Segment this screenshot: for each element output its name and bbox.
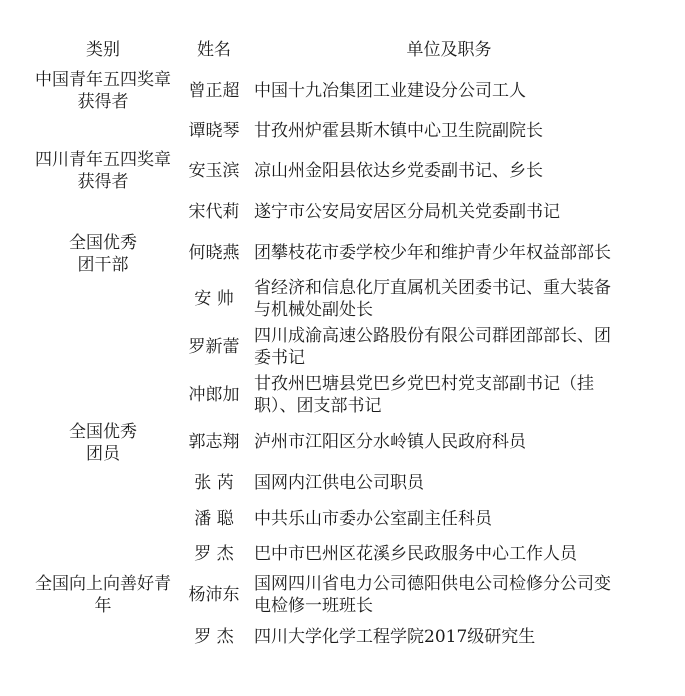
category-label: 四川青年五四奖章 获得者	[18, 149, 188, 193]
position-line: 与机械处副处长	[254, 299, 644, 321]
person-name: 安 帅	[182, 288, 246, 310]
category-line: 全国向上向善好青	[18, 573, 188, 595]
person-name: 张 芮	[182, 472, 246, 494]
category-line: 团干部	[18, 254, 188, 276]
category-line: 获得者	[18, 91, 188, 113]
header-position: 单位及职务	[254, 39, 644, 61]
person-position: 甘孜州巴塘县党巴乡党巴村党支部副书记（挂 职）、团支部书记	[254, 373, 644, 417]
category-label: 全国优秀 团员	[18, 421, 188, 465]
person-name: 谭晓琴	[182, 120, 246, 142]
person-name: 郭志翔	[182, 431, 246, 453]
position-line: 四川成渝高速公路股份有限公司群团部部长、团	[254, 325, 644, 347]
category-line: 中国青年五四奖章	[18, 69, 188, 91]
person-name: 曾正超	[182, 80, 246, 102]
position-line: 委书记	[254, 347, 644, 369]
person-position: 四川成渝高速公路股份有限公司群团部部长、团 委书记	[254, 325, 644, 369]
person-position: 中共乐山市委办公室副主任科员	[254, 508, 644, 530]
header-name: 姓名	[182, 39, 246, 61]
person-position: 遂宁市公安局安居区分局机关党委副书记	[254, 201, 644, 223]
position-line: 省经济和信息化厅直属机关团委书记、重大装备	[254, 277, 644, 299]
category-label: 中国青年五四奖章 获得者	[18, 69, 188, 113]
person-position: 团攀枝花市委学校少年和维护青少年权益部部长	[254, 242, 644, 264]
person-name: 冲郎加	[182, 384, 246, 406]
category-label: 全国优秀 团干部	[18, 232, 188, 276]
person-position: 中国十九冶集团工业建设分公司工人	[254, 80, 644, 102]
category-line: 获得者	[18, 171, 188, 193]
position-line: 国网四川省电力公司德阳供电公司检修分公司变	[254, 573, 644, 595]
position-line: 职）、团支部书记	[254, 395, 644, 417]
category-label: 全国向上向善好青 年	[18, 573, 188, 617]
person-name: 罗 杰	[182, 626, 246, 648]
person-position: 巴中市巴州区花溪乡民政服务中心工作人员	[254, 543, 644, 565]
category-line: 全国优秀	[18, 421, 188, 443]
header-category: 类别	[18, 39, 188, 61]
person-position: 泸州市江阳区分水岭镇人民政府科员	[254, 431, 644, 453]
person-position: 凉山州金阳县依达乡党委副书记、乡长	[254, 160, 644, 182]
category-line: 年	[18, 595, 188, 617]
category-line: 四川青年五四奖章	[18, 149, 188, 171]
person-name: 潘 聪	[182, 508, 246, 530]
person-position: 国网内江供电公司职员	[254, 472, 644, 494]
person-name: 何晓燕	[182, 242, 246, 264]
person-position: 国网四川省电力公司德阳供电公司检修分公司变 电检修一班班长	[254, 573, 644, 617]
person-position: 四川大学化学工程学院2017级研究生	[254, 626, 644, 648]
category-line: 全国优秀	[18, 232, 188, 254]
person-name: 安玉滨	[182, 160, 246, 182]
person-name: 罗 杰	[182, 543, 246, 565]
person-name: 杨沛东	[182, 584, 246, 606]
person-name: 宋代莉	[182, 201, 246, 223]
person-position: 甘孜州炉霍县斯木镇中心卫生院副院长	[254, 120, 644, 142]
category-line: 团员	[18, 443, 188, 465]
position-line: 甘孜州巴塘县党巴乡党巴村党支部副书记（挂	[254, 373, 644, 395]
person-name: 罗新蕾	[182, 336, 246, 358]
person-position: 省经济和信息化厅直属机关团委书记、重大装备 与机械处副处长	[254, 277, 644, 321]
position-line: 电检修一班班长	[254, 595, 644, 617]
